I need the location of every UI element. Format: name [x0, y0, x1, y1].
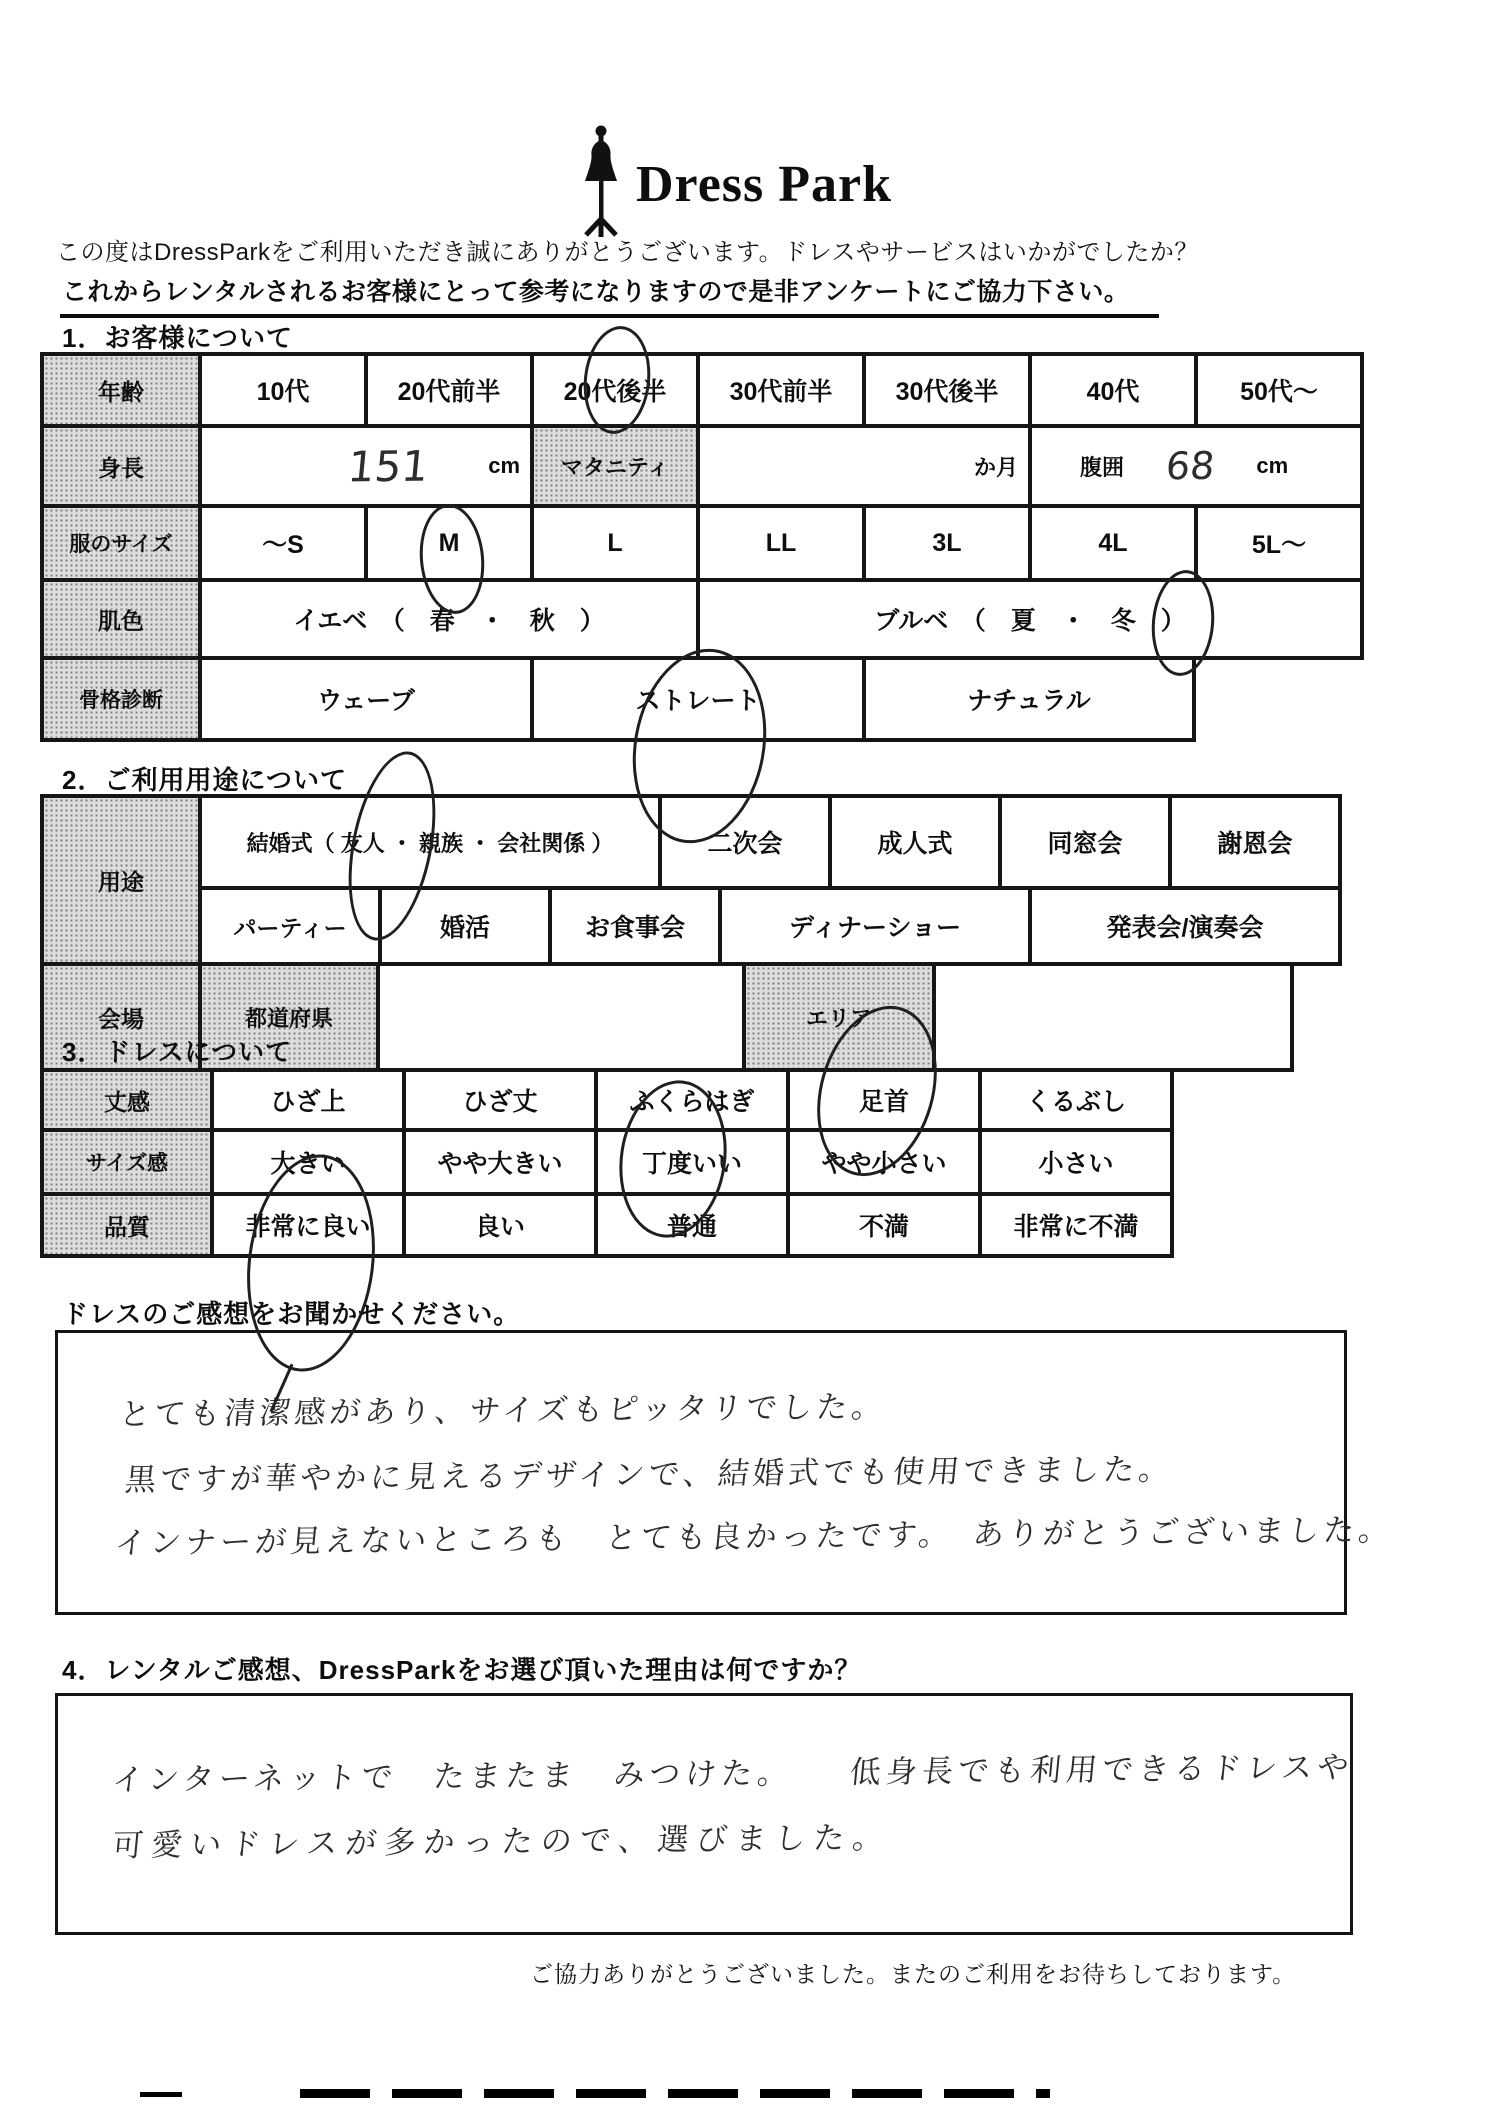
quality-option: 良い [406, 1196, 598, 1258]
feedback-line: とても清潔感があり、サイズもピッタリでした。 [117, 1381, 888, 1434]
frame-option: ウェーブ [202, 660, 534, 742]
feedback-line: インナーが見えないところも とても良かったです。 ありがとうございました。 [113, 1504, 1396, 1562]
usage-option: 謝恩会 [1172, 794, 1342, 890]
length-option: ひざ丈 [406, 1068, 598, 1132]
logo-text: Dress Park [636, 155, 892, 214]
months-cell: か月 [700, 428, 1032, 508]
height-row: 身長 151 cm マタニティ か月 腹囲 68 cm [40, 428, 1364, 508]
waist-unit: cm [1256, 453, 1288, 479]
age-option: 30代前半 [700, 352, 866, 428]
height-handwritten-value: 151 [346, 441, 431, 491]
maternity-cell: マタニティ [534, 428, 700, 508]
usage-option: 発表会/演奏会 [1032, 890, 1342, 966]
scanned-survey-page: Dress Park この度はDressParkをご利用いただき誠にありがとうご… [0, 0, 1500, 2127]
age-option-selected: 20代後半 [534, 352, 700, 428]
length-option: ひざ上 [214, 1068, 406, 1132]
size-option: LL [700, 508, 866, 582]
age-row: 年齢 10代 20代前半 20代後半 30代前半 30代後半 40代 50代～ [40, 352, 1364, 428]
size-option: L [534, 508, 700, 582]
waist-label: 腹囲 [1080, 451, 1124, 482]
usage-option: 同窓会 [1002, 794, 1172, 890]
fit-row: サイズ感 大きい やや大きい 丁度いい やや小さい 小さい [40, 1132, 1174, 1196]
section4-title: 4．レンタルご感想、DressParkをお選び頂いた理由は何ですか？ [62, 1650, 861, 1687]
quality-option-selected: 非常に良い [214, 1196, 406, 1258]
height-unit: cm [488, 453, 520, 479]
size-option: 5L～ [1198, 508, 1364, 582]
feedback-line: 黒ですが華やかに見えるデザインで、結婚式でも使用できました。 [123, 1444, 1176, 1500]
section3-title: 3．ドレスについて [62, 1032, 292, 1069]
waist-cell: 腹囲 68 cm [1032, 428, 1364, 508]
quality-row: 品質 非常に良い 良い 普通 不満 非常に不満 [40, 1196, 1174, 1258]
scan-artifact [140, 2092, 182, 2097]
frame-header: 骨格診断 [40, 660, 202, 742]
size-header: 服のサイズ [40, 508, 202, 582]
size-option: 3L [866, 508, 1032, 582]
age-option: 30代後半 [866, 352, 1032, 428]
age-option: 20代前半 [368, 352, 534, 428]
venue-prefecture-blank [380, 966, 746, 1072]
customer-table: 年齢 10代 20代前半 20代後半 30代前半 30代後半 40代 50代～ … [40, 352, 1364, 742]
fit-option-selected: 丁度いい [598, 1132, 790, 1196]
quality-option: 不満 [790, 1196, 982, 1258]
length-option: くるぶし [982, 1068, 1174, 1132]
reason-line: インターネットで たまたま みつけた。 低身長でも利用できるドレスや [110, 1742, 1356, 1800]
size-row: 服のサイズ ～S M L LL 3L 4L 5L～ [40, 508, 1364, 582]
size-option-selected: M [368, 508, 534, 582]
usage-row-1: 結婚式（ 友人 ・ 親族 ・ 会社関係 ） 二次会 成人式 同窓会 謝恩会 [202, 794, 1342, 890]
survey-request-text: これからレンタルされるお客様にとって参考になりますので是非アンケートにご協力下さ… [60, 272, 1159, 318]
reason-box: インターネットで たまたま みつけた。 低身長でも利用できるドレスや 可愛いドレ… [55, 1693, 1353, 1935]
fit-header: サイズ感 [40, 1132, 214, 1196]
frame-option-selected: ストレート [534, 660, 866, 742]
intro-text: この度はDressParkをご利用いただき誠にありがとうございます。ドレスやサー… [56, 232, 1199, 267]
logo: Dress Park [578, 124, 892, 245]
footer-thanks: ご協力ありがとうございました。またのご利用をお待ちしております。 [530, 1956, 1296, 1989]
venue-area-blank [936, 966, 1294, 1072]
length-row: 丈感 ひざ上 ひざ丈 ふくらはぎ 足首 くるぶし [40, 1068, 1174, 1132]
height-header: 身長 [40, 428, 202, 508]
usage-option-wedding: 結婚式（ 友人 ・ 親族 ・ 会社関係 ） [202, 794, 662, 890]
quality-header: 品質 [40, 1196, 214, 1258]
age-option: 40代 [1032, 352, 1198, 428]
skin-option-blube: ブルベ （ 夏 ・ 冬 ） [700, 582, 1364, 660]
frame-option: ナチュラル [866, 660, 1196, 742]
usage-option: 成人式 [832, 794, 1002, 890]
feedback-box: とても清潔感があり、サイズもピッタリでした。 黒ですが華やかに見えるデザインで、… [55, 1330, 1347, 1615]
length-header: 丈感 [40, 1068, 214, 1132]
height-value-cell: 151 cm [202, 428, 534, 508]
usage-header: 用途 [40, 794, 202, 966]
fit-option: やや大きい [406, 1132, 598, 1196]
frame-row: 骨格診断 ウェーブ ストレート ナチュラル [40, 660, 1364, 742]
section1-title: 1．お客様について [62, 318, 293, 355]
age-header: 年齢 [40, 352, 202, 428]
length-option-selected: 足首 [790, 1068, 982, 1132]
section2-title: 2．ご利用用途について [62, 760, 347, 797]
dress-mannequin-icon [578, 124, 624, 245]
usage-option: お食事会 [552, 890, 722, 966]
dress-table: 丈感 ひざ上 ひざ丈 ふくらはぎ 足首 くるぶし サイズ感 大きい やや大きい … [40, 1068, 1174, 1258]
size-option: 4L [1032, 508, 1198, 582]
usage-option: ディナーショー [722, 890, 1032, 966]
scan-artifact [300, 2089, 1050, 2098]
skin-header: 肌色 [40, 582, 202, 660]
size-option: ～S [202, 508, 368, 582]
waist-handwritten-value: 68 [1164, 444, 1217, 489]
age-option: 10代 [202, 352, 368, 428]
quality-option: 非常に不満 [982, 1196, 1174, 1258]
reason-line: 可愛いドレスが多かったので、選びました。 [110, 1812, 894, 1865]
pen-circle-age [579, 323, 656, 437]
fit-option: 小さい [982, 1132, 1174, 1196]
age-option: 50代～ [1198, 352, 1364, 428]
